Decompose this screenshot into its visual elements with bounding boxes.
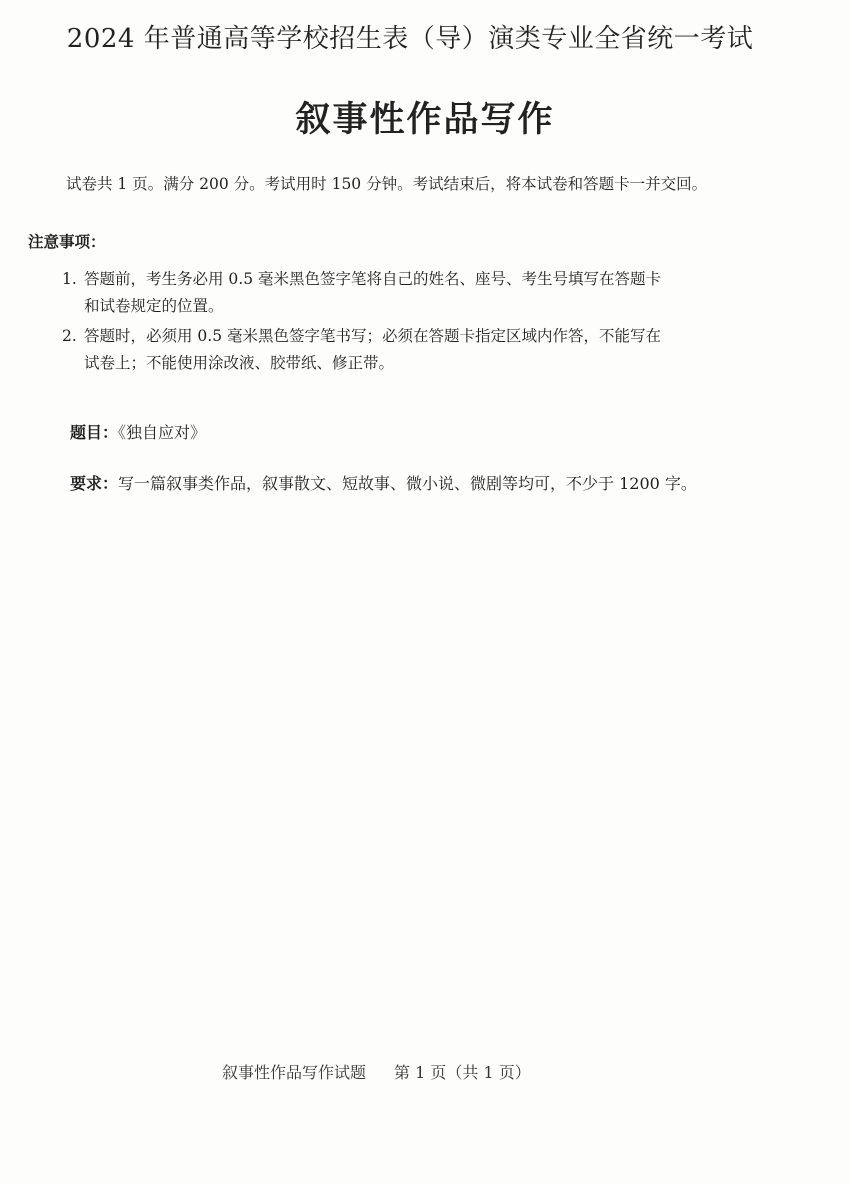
exam-intro: 试卷共 1 页。满分 200 分。考试用时 150 分钟。考试结束后，将本试卷和… bbox=[66, 172, 707, 194]
exam-name-text: 2024 年普通高等学校招生表（导）演类专业全省统一考试 bbox=[67, 24, 753, 54]
note-item: 2.答题时，必须用 0.5 毫米黑色签字笔书写；必须在答题卡指定区域内作答，不能… bbox=[62, 323, 782, 377]
requirement-text: 写一篇叙事类作品，叙事散文、短故事、微小说、微剧等均可，不少于 1200 字。 bbox=[118, 474, 697, 493]
essay-requirement: 要求：写一篇叙事类作品，叙事散文、短故事、微小说、微剧等均可，不少于 1200 … bbox=[28, 464, 778, 504]
note-text-line2: 试卷上；不能使用涂改液、胶带纸、修正带。 bbox=[62, 350, 782, 377]
page-footer: 叙事性作品写作试题第 1 页（共 1 页） bbox=[222, 1060, 531, 1083]
note-item: 1.答题前，考生务必用 0.5 毫米黑色签字笔将自己的姓名、座号、考生号填写在答… bbox=[62, 266, 782, 320]
topic-value: 《独自应对》 bbox=[118, 423, 206, 442]
note-text-line1: 答题前，考生务必用 0.5 毫米黑色签字笔将自己的姓名、座号、考生号填写在答题卡 bbox=[84, 270, 661, 288]
footer-doc-name: 叙事性作品写作试题 bbox=[222, 1063, 366, 1082]
note-text-line2: 和试卷规定的位置。 bbox=[62, 293, 782, 320]
topic-label: 题目： bbox=[70, 423, 118, 442]
note-number: 2. bbox=[62, 323, 84, 350]
note-number: 1. bbox=[62, 266, 84, 293]
page-title: 叙事性作品写作 bbox=[0, 92, 850, 142]
footer-page-info: 第 1 页（共 1 页） bbox=[394, 1063, 531, 1082]
note-text-line1: 答题时，必须用 0.5 毫米黑色签字笔书写；必须在答题卡指定区域内作答，不能写在 bbox=[84, 327, 661, 345]
requirement-label: 要求： bbox=[70, 474, 118, 493]
notes-heading: 注意事项： bbox=[28, 230, 106, 252]
essay-topic: 题目：《独自应对》 bbox=[70, 420, 206, 443]
exam-name: 2024 年普通高等学校招生表（导）演类专业全省统一考试 bbox=[0, 18, 850, 55]
